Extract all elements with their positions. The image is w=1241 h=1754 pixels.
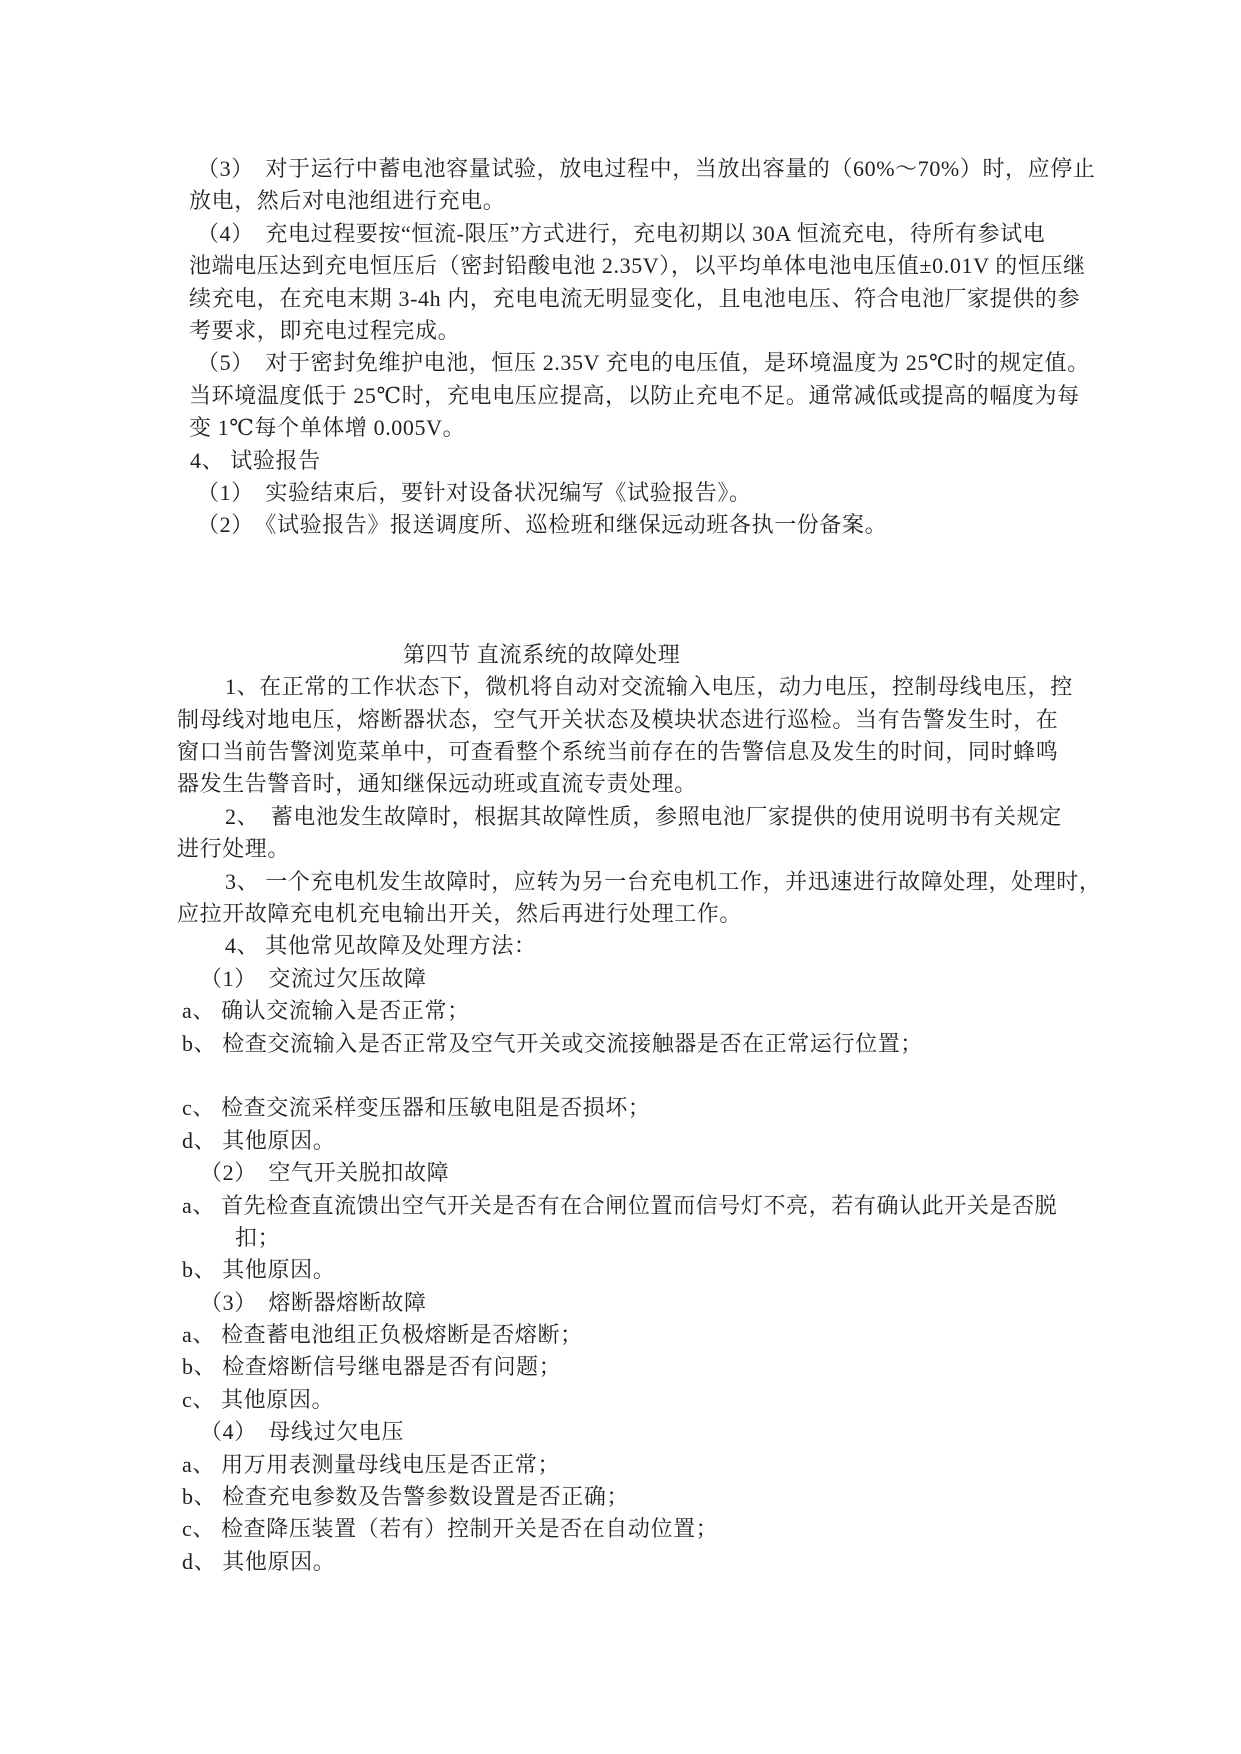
text-line: （3） 熔断器熔断故障 [0,1287,1241,1319]
text-line: （5） 对于密封免维护电池，恒压 2.35V 充电的电压值，是环境温度为 25℃… [0,347,1241,379]
text-line: 变 1℃每个单体增 0.005V。 [0,412,1241,444]
text-line: 池端电压达到充电恒压后（密封铅酸电池 2.35V），以平均单体电池电压值±0.0… [0,250,1241,282]
text-line: 1、在正常的工作状态下，微机将自动对交流输入电压，动力电压，控制母线电压，控 [0,671,1241,703]
blank-line [0,606,1241,638]
text-line: a、 用万用表测量母线电压是否正常； [0,1449,1241,1481]
document-body: （3） 对于运行中蓄电池容量试验，放电过程中，当放出容量的（60%～70%）时，… [0,153,1241,1578]
text-line: 制母线对地电压，熔断器状态，空气开关状态及模块状态进行巡检。当有告警发生时，在 [0,704,1241,736]
section-title: 第四节 直流系统的故障处理 [0,639,1241,671]
text-line: d、 其他原因。 [0,1125,1241,1157]
text-line: b、 其他原因。 [0,1254,1241,1286]
text-line: （2） 空气开关脱扣故障 [0,1157,1241,1189]
text-line: （4） 充电过程要按“恒流-限压”方式进行，充电初期以 30A 恒流充电，待所有… [0,218,1241,250]
text-line: c、 检查交流采样变压器和压敏电阻是否损坏； [0,1092,1241,1124]
text-line: a、 确认交流输入是否正常； [0,995,1241,1027]
text-line: 考要求，即充电过程完成。 [0,315,1241,347]
text-line: （1） 交流过欠压故障 [0,963,1241,995]
text-line: 扣； [0,1222,1241,1254]
text-line: （4） 母线过欠电压 [0,1416,1241,1448]
text-line: 4、 其他常见故障及处理方法： [0,930,1241,962]
text-line: b、 检查熔断信号继电器是否有问题； [0,1351,1241,1383]
text-line: 当环境温度低于 25℃时，充电电压应提高，以防止充电不足。通常减低或提高的幅度为… [0,380,1241,412]
blank-line [0,574,1241,606]
text-line: 窗口当前告警浏览菜单中，可查看整个系统当前存在的告警信息及发生的时间，同时蜂鸣 [0,736,1241,768]
text-line: 进行处理。 [0,833,1241,865]
text-line: 放电，然后对电池组进行充电。 [0,185,1241,217]
text-line: c、 检查降压装置（若有）控制开关是否在自动位置； [0,1513,1241,1545]
text-line: a、 首先检查直流馈出空气开关是否有在合闸位置而信号灯不亮，若有确认此开关是否脱 [0,1190,1241,1222]
text-line: 2、 蓄电池发生故障时，根据其故障性质，参照电池厂家提供的使用说明书有关规定 [0,801,1241,833]
text-line: 4、 试验报告 [0,445,1241,477]
text-line: c、 其他原因。 [0,1384,1241,1416]
text-line: （2） 《试验报告》报送调度所、巡检班和继保远动班各执一份备案。 [0,509,1241,541]
text-line: a、 检查蓄电池组正负极熔断是否熔断； [0,1319,1241,1351]
text-line: b、 检查交流输入是否正常及空气开关或交流接触器是否在正常运行位置； [0,1028,1241,1060]
blank-line [0,542,1241,574]
blank-line [0,1060,1241,1092]
document-page: （3） 对于运行中蓄电池容量试验，放电过程中，当放出容量的（60%～70%）时，… [0,0,1241,1754]
text-line: （3） 对于运行中蓄电池容量试验，放电过程中，当放出容量的（60%～70%）时，… [0,153,1241,185]
text-line: 3、 一个充电机发生故障时，应转为另一台充电机工作，并迅速进行故障处理，处理时， [0,866,1241,898]
text-line: 器发生告警音时，通知继保远动班或直流专责处理。 [0,768,1241,800]
text-line: d、 其他原因。 [0,1546,1241,1578]
text-line: 应拉开故障充电机充电输出开关，然后再进行处理工作。 [0,898,1241,930]
text-line: 续充电，在充电末期 3-4h 内，充电电流无明显变化，且电池电压、符合电池厂家提… [0,283,1241,315]
text-line: （1） 实验结束后，要针对设备状况编写《试验报告》。 [0,477,1241,509]
text-line: b、 检查充电参数及告警参数设置是否正确； [0,1481,1241,1513]
